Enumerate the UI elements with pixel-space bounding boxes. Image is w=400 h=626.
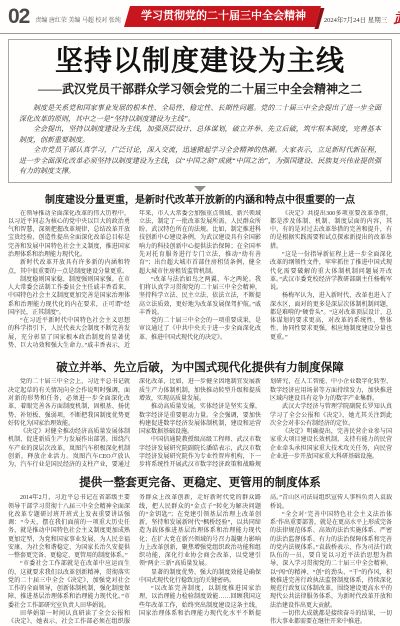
- paragraph: “市委社会工作部就是在改革中应运而生的，这就要求我们以改革创新精神，贯彻落实党的…: [8, 560, 130, 610]
- paragraph: 在领导推动全面深化改革的伟大历程中，以习近平同志为核心的党中央以巨大的政治勇气和…: [8, 210, 130, 260]
- paragraph: 党的二十届三中全会的一项重要成果，是审议通过了《中共中央关于进一步全面深化改革、…: [139, 317, 261, 342]
- article-intro: 制度是关系党和国家事业发展的根本性、全局性、稳定性、长期性问题。党的二十届三中全…: [19, 103, 381, 177]
- paragraph: 党的二十届三中全会上，习近平总书记就决定起草的有关情况向全会作说明时强调，面对新…: [8, 378, 130, 428]
- paragraph: 一切伟大成就都是接续奋斗的结果，一切伟大事业都需要在继往开来中推进。: [270, 610, 392, 626]
- paragraph: 制度是关系党和国家事业发展的根本性、全局性、稳定性、长期性问题。党的二十届三中全…: [19, 103, 381, 124]
- paragraph: 《决定》明确提出，完善民营企业参与国家重大项目建设长效机制，支持有能力的民营企业…: [270, 428, 392, 461]
- paragraph: “改革与法治如鸟之两翼、车之两轮。我们将认真学习贯彻党的二十届三中全会精神，坚持…: [139, 276, 261, 317]
- section-1-heading: 制度建设分量更重，是新时代改革开放新的内涵和特点中很重要的一点: [8, 195, 392, 207]
- paragraph: “全会对‘完善中国特色社会主义法治体系’作出重要部署，就是在更高水平上形成完备的…: [270, 511, 392, 610]
- paragraph: 全市党员干部认真学习，广泛讨论，深入交流，迅速掀起学习全会精神的热潮。大家表示，…: [19, 145, 381, 177]
- paragraph: 新时代改革开放具有许多新的内涵和特点，其中很重要的一点是制度建设分量更重。: [8, 259, 130, 276]
- editor-credits: 责编 唐红荣 美编 马超 校对 张纯: [35, 15, 121, 24]
- article-lead-box: 坚持以制度建设为主线 ——武汉党员干部群众学习领会党的二十届三中全会精神之二 制…: [8, 39, 392, 183]
- paragraph: 制度稳则国家稳，制度强则国家强。在市人大常委会法制工作委员会主任戚丰香看来，中国…: [8, 276, 130, 317]
- page-date: 2024年7月24日 星期三: [324, 15, 387, 24]
- paragraph: 武汉大学经济与管理学院副院长罗知认真学习了全会公报和《决定》，她尤其关注到此次全…: [270, 403, 392, 428]
- section-2-heading: 破立并举、先立后破，为中国式现代化提供有力制度保障: [8, 362, 392, 376]
- paragraph: “这是一份指导新征程上进一步全面深化改革的纲领性文件，牢牢抓住了推进中国式现代化…: [270, 251, 392, 292]
- article-headline: 坚持以制度建设为主线: [19, 46, 381, 77]
- section-3-heading: 提供一整套更完备、更稳定、更管用的制度体系: [8, 477, 392, 491]
- header-divider: [0, 33, 400, 34]
- theme-banner: 学习贯彻党的二十届三中全会精神: [124, 6, 321, 27]
- page-header: 02 责编 唐红荣 美编 马超 校对 张纯 学习贯彻党的二十届三中全会精神 20…: [0, 0, 400, 31]
- article-subheadline: ——武汉党员干部群众学习领会党的二十届三中全会精神之二: [19, 82, 381, 96]
- section-1-body: 在领导推动全面深化改革的伟大历程中，以习近平同志为核心的党中央以巨大的政治勇气和…: [8, 210, 392, 356]
- paragraph: 杨梅军认为，进入新时代，改革也进入了深水区，面对的更多是深层次体制机制问题，都是…: [270, 292, 392, 342]
- page-number: 02: [8, 6, 29, 27]
- paragraph: 显著的制度优势、强大的制度效能是确保中国式现代化行稳致远的关键密码。: [139, 569, 261, 586]
- down-triangle-icon: [194, 186, 206, 192]
- section-3-body: 2014年2月，习近平总书记在省部级主要领导干部学习贯彻十八届三中全会精神全面深…: [8, 494, 392, 626]
- theme-banner-label: 学习贯彻党的二十届三中全会精神: [141, 11, 306, 22]
- masthead-logo: 武汉晚报: [393, 7, 400, 28]
- paragraph: 推动高质量发展，实体经济是坚实支撑，数字经济是重要驱动力量。全会强调，要加快构建…: [139, 403, 261, 436]
- paragraph: 2014年2月，习近平总书记在省部级主要领导干部学习贯彻十八届三中全会精神全面深…: [8, 494, 130, 560]
- paragraph: 全会提出，坚持以制度建设为主线，加强顶层设计、总体谋划，破立并举、先立后破，筑牢…: [19, 124, 381, 145]
- paragraph: 《决定》共提出300多项重要改革举措，都是涉及体制、机制、制度层面的内容，其中，…: [270, 210, 392, 251]
- newspaper-page: 02 责编 唐红荣 美编 马超 校对 张纯 学习贯彻党的二十届三中全会精神 20…: [0, 0, 400, 626]
- section-2-body: 党的二十届三中全会上，习近平总书记就决定起草的有关情况向全会作说明时强调，面对新…: [8, 378, 392, 471]
